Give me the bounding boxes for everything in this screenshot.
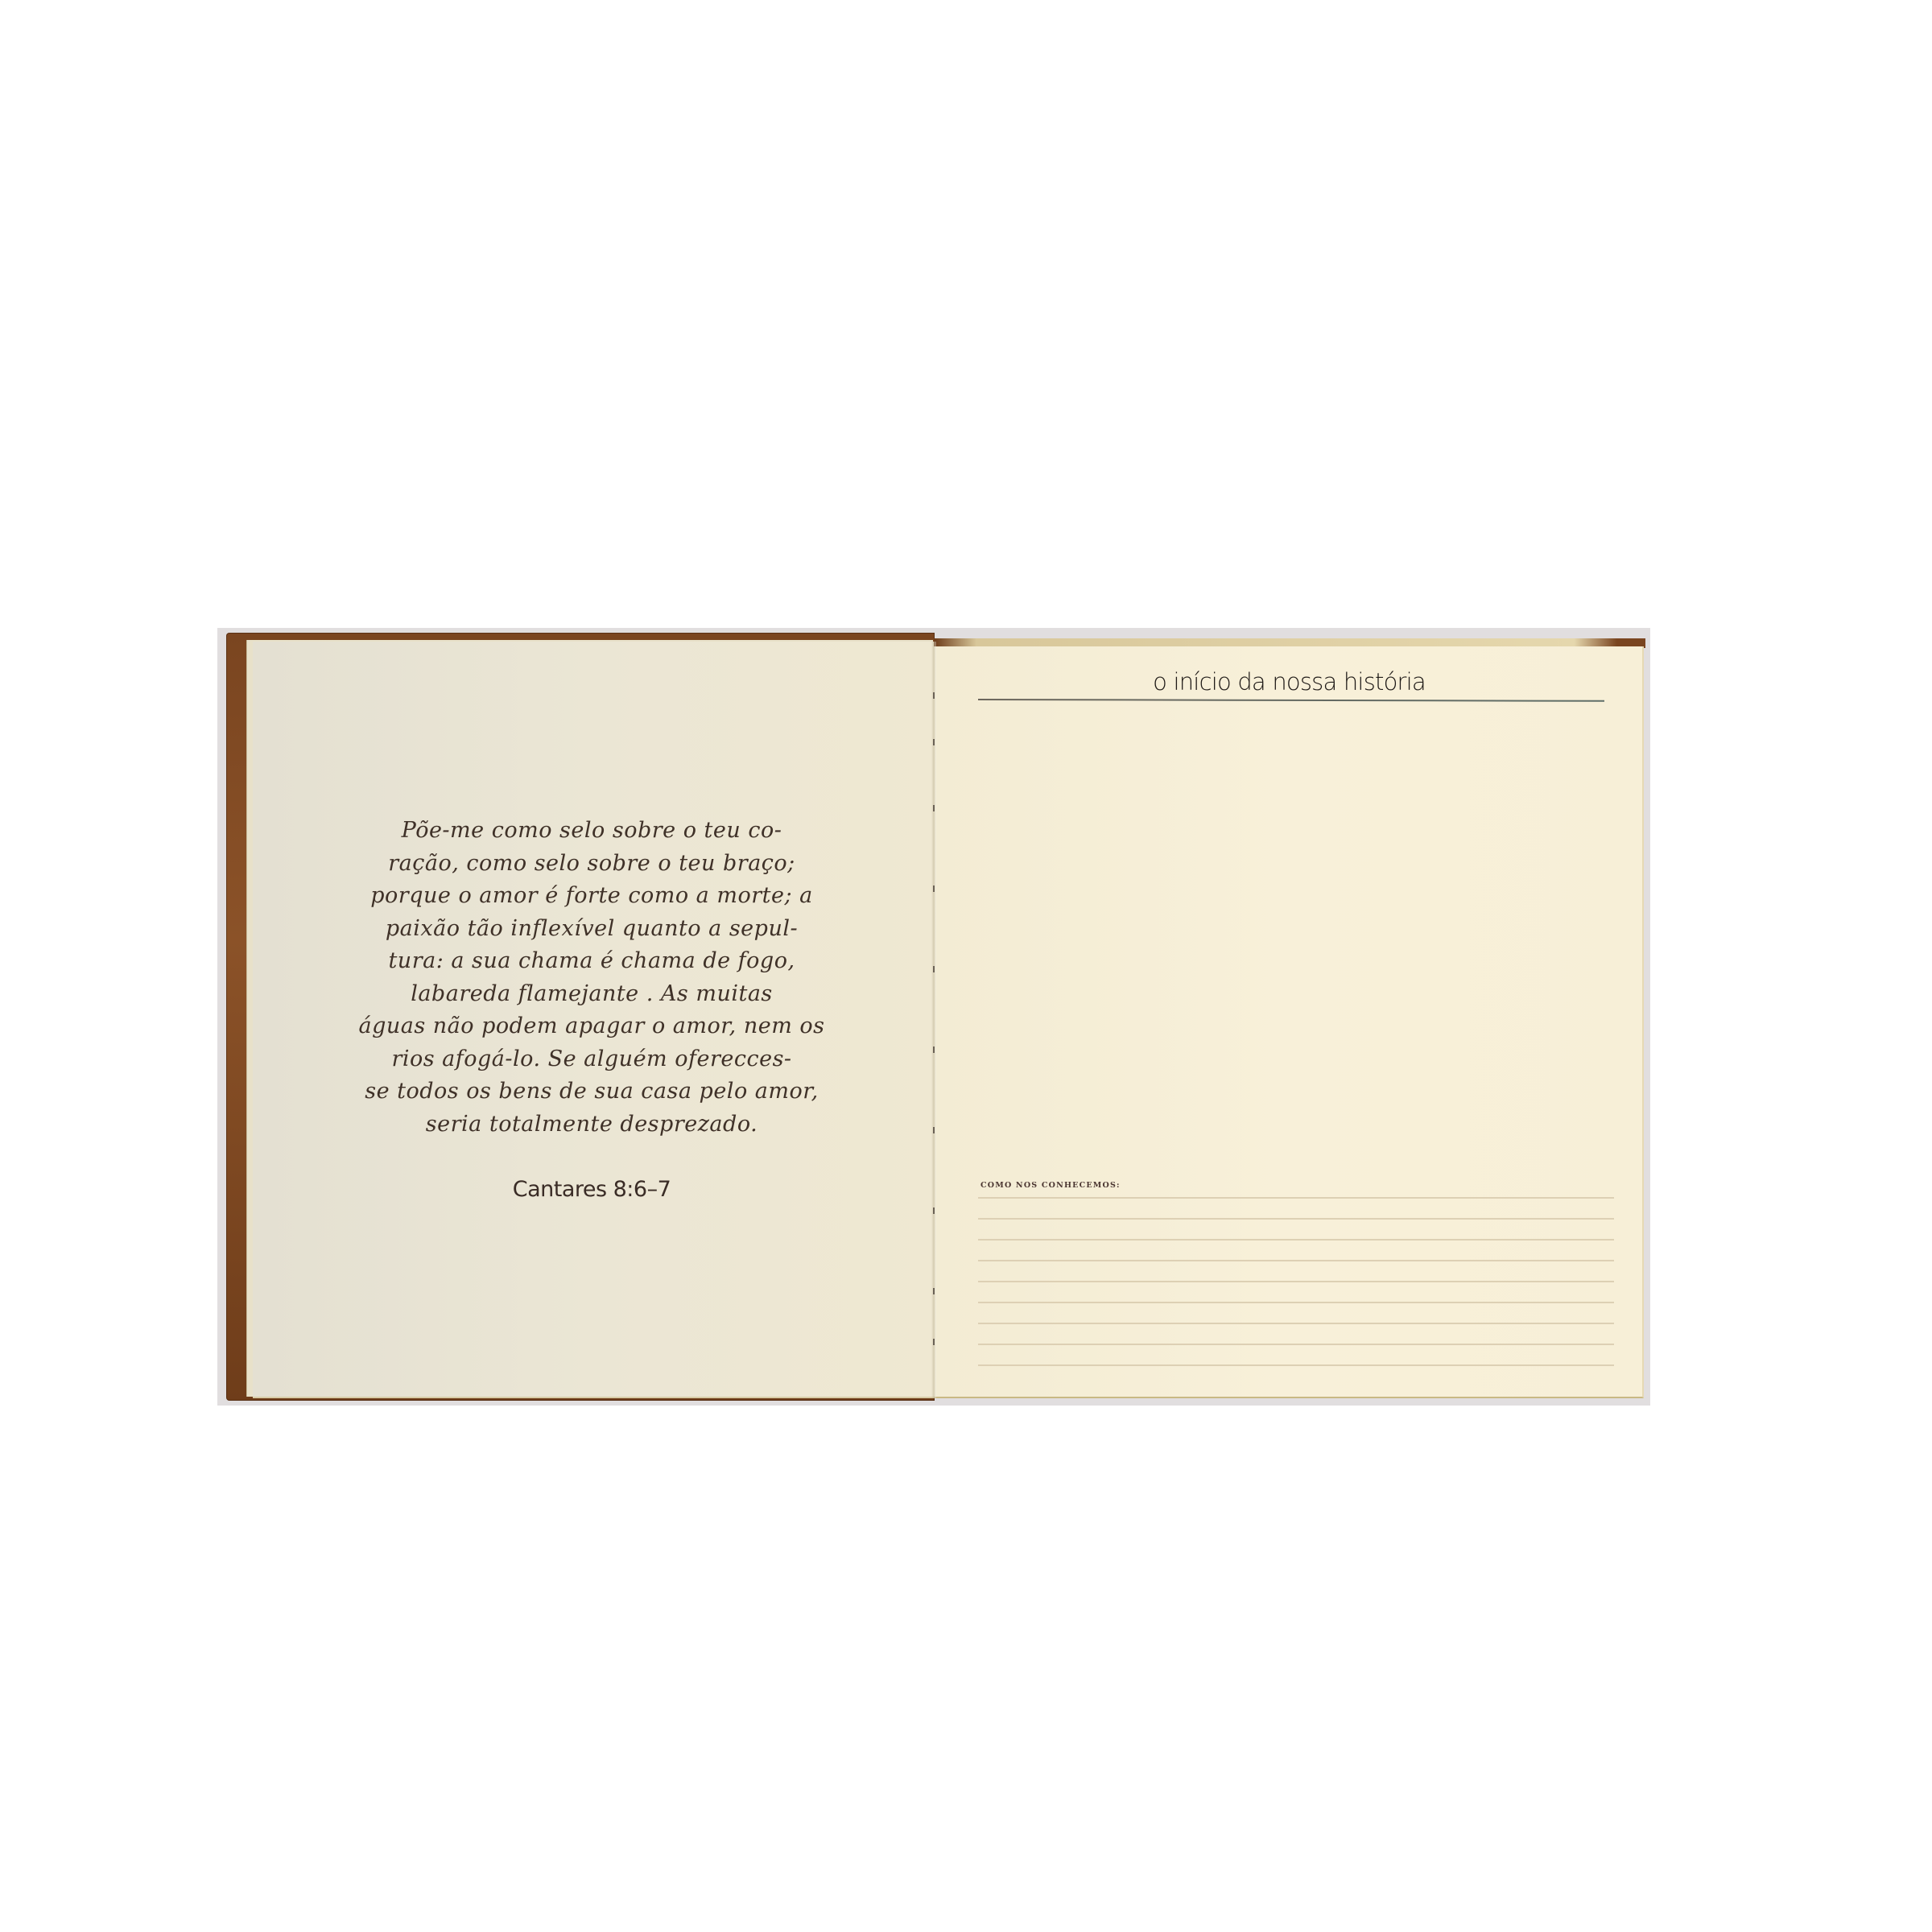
binding-stitch [933,692,935,699]
binding-stitch [933,1207,935,1214]
poem-line: labareda flamejante . As muitas [354,978,829,1011]
binding-stitch [933,966,935,972]
writing-lines [978,1197,1614,1385]
writing-line[interactable] [978,1260,1614,1261]
writing-line[interactable] [978,1344,1614,1345]
poem-line: porque o amor é forte como a morte; a [354,880,829,913]
writing-line[interactable] [978,1239,1614,1241]
writing-line[interactable] [978,1364,1614,1366]
writing-line[interactable] [978,1197,1614,1199]
binding-stitch [933,1339,935,1345]
writing-line[interactable] [978,1218,1614,1220]
poem-line: seria totalmente desprezado. [354,1108,829,1141]
binding-stitch [933,1288,935,1294]
poem-line: rios afogá-lo. Se alguém oferecces- [354,1043,829,1076]
poem-line: águas não podem apagar o amor, nem os [354,1010,829,1043]
binding-stitch [933,805,935,811]
poem-line: se todos os bens de sua casa pelo amor, [354,1075,829,1108]
binding-stitch [933,1046,935,1053]
poem-line: Põe-me como selo sobre o teu co- [354,815,829,848]
verse-reference: Cantares 8:6–7 [483,1177,700,1202]
page-title: o início da nossa história [974,668,1604,696]
poem-line: paixão tão inflexível quanto a sepul- [354,913,829,946]
binding-stitch [933,739,935,745]
writing-line[interactable] [978,1281,1614,1282]
writing-line[interactable] [978,1302,1614,1303]
notes-section-label: COMO NOS CONHECEMOS: [980,1181,1121,1190]
binding-stitch [933,1127,935,1133]
poem-line: tura: a sua chama é chama de fogo, [354,945,829,978]
book-gutter [931,642,936,1398]
poem-verse: Põe-me como selo sobre o teu co- ração, … [354,815,829,1141]
writing-line[interactable] [978,1323,1614,1324]
poem-line: ração, como selo sobre o teu braço; [354,848,829,881]
binding-stitch [933,885,935,892]
